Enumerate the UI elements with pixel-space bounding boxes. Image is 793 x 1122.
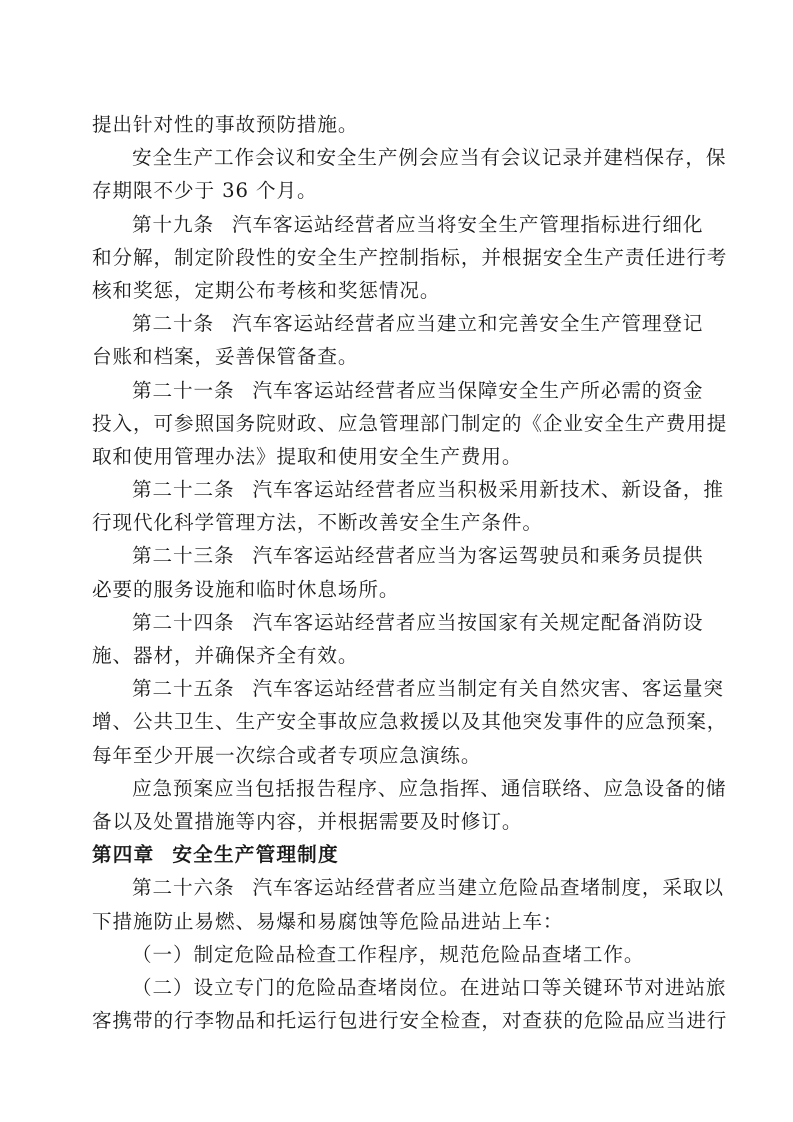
line-text: 必要的服务设施和临时休息场所。 (92, 578, 399, 601)
line-text: （二）设立专门的危险品查堵岗位。在进站口等关键环节对进站旅 (132, 976, 726, 999)
text-line: 台账和档案，妥善保管备查。 (92, 340, 702, 373)
text-line: 必要的服务设施和临时休息场所。 (92, 573, 702, 606)
line-text: 投入，可参照国务院财政、应急管理部门制定的《企业安全生产费用提 (92, 412, 727, 435)
line-text: 增、公共卫生、生产安全事故应急救援以及其他突发事件的应急预案， (92, 710, 727, 733)
line-text: 提出针对性的事故预防措施。 (92, 113, 358, 136)
chapter-title: 安全生产管理制度 (172, 843, 338, 866)
line-text: 存期限不少于 36 个月。 (92, 179, 317, 202)
document-body-continued: 第二十六条汽车客运站经营者应当建立危险品查堵制度，采取以下措施防止易燃、易爆和易… (92, 871, 702, 1037)
text-line: 安全生产工作会议和安全生产例会应当有会议记录并建档保存，保 (92, 141, 702, 174)
document-body: 提出针对性的事故预防措施。安全生产工作会议和安全生产例会应当有会议记录并建档保存… (92, 108, 702, 838)
article-number: 第二十三条 (132, 544, 234, 567)
text-line: 应急预案应当包括报告程序、应急指挥、通信联络、应急设备的储 (92, 772, 702, 805)
line-text: 汽车客运站经营者应当按国家有关规定配备消防设 (252, 611, 703, 634)
line-text: 汽车客运站经营者应当保障安全生产所必需的资金 (252, 379, 703, 402)
line-text: 汽车客运站经营者应当积极采用新技术、新设备，推 (252, 478, 723, 501)
text-line: 提出针对性的事故预防措施。 (92, 108, 702, 141)
line-text: 行现代化科学管理方法，不断改善安全生产条件。 (92, 511, 543, 534)
line-text: 汽车客运站经营者应当将安全生产管理指标进行细化 (232, 213, 703, 236)
line-text: 和分解，制定阶段性的安全生产控制指标，并根据安全生产责任进行考 (92, 246, 727, 269)
line-text: （一）制定危险品检查工作程序，规范危险品查堵工作。 (132, 943, 644, 966)
line-text: 每年至少开展一次综合或者专项应急演练。 (92, 744, 481, 767)
text-line: 备以及处置措施等内容，并根据需要及时修订。 (92, 805, 702, 838)
line-text: 汽车客运站经营者应当建立和完善安全生产管理登记 (232, 312, 703, 335)
line-text: 应急预案应当包括报告程序、应急指挥、通信联络、应急设备的储 (132, 777, 726, 800)
text-line: （二）设立专门的危险品查堵岗位。在进站口等关键环节对进站旅 (92, 971, 702, 1004)
article-line: 第十九条汽车客运站经营者应当将安全生产管理指标进行细化 (92, 208, 702, 241)
text-line: （一）制定危险品检查工作程序，规范危险品查堵工作。 (92, 938, 702, 971)
line-text: 汽车客运站经营者应当建立危险品查堵制度，采取以 (252, 876, 723, 899)
chapter-number: 第四章 (92, 843, 154, 866)
article-line: 第二十五条汽车客运站经营者应当制定有关自然灾害、客运量突 (92, 672, 702, 705)
article-line: 第二十二条汽车客运站经营者应当积极采用新技术、新设备，推 (92, 473, 702, 506)
article-number: 第二十一条 (132, 379, 234, 402)
line-text: 汽车客运站经营者应当制定有关自然灾害、客运量突 (252, 677, 723, 700)
line-text: 客携带的行李物品和托运行包进行安全检查，对查获的危险品应当进行 (92, 1009, 727, 1032)
line-text: 取和使用管理办法》提取和使用安全生产费用。 (92, 445, 522, 468)
text-line: 每年至少开展一次综合或者专项应急演练。 (92, 739, 702, 772)
text-line: 存期限不少于 36 个月。 (92, 174, 702, 207)
article-number: 第二十条 (132, 312, 214, 335)
line-text: 施、器材，并确保齐全有效。 (92, 644, 358, 667)
text-line: 和分解，制定阶段性的安全生产控制指标，并根据安全生产责任进行考 (92, 241, 702, 274)
line-text: 下措施防止易燃、易爆和易腐蚀等危险品进站上车： (92, 910, 563, 933)
line-text: 备以及处置措施等内容，并根据需要及时修订。 (92, 810, 522, 833)
article-number: 第二十五条 (132, 677, 234, 700)
article-number: 第二十二条 (132, 478, 234, 501)
article-line: 第二十四条汽车客运站经营者应当按国家有关规定配备消防设 (92, 606, 702, 639)
article-number: 第二十四条 (132, 611, 234, 634)
article-number: 第十九条 (132, 213, 214, 236)
chapter-heading: 第四章安全生产管理制度 (92, 838, 702, 871)
line-text: 汽车客运站经营者应当为客运驾驶员和乘务员提供 (252, 544, 703, 567)
document-page: 提出针对性的事故预防措施。安全生产工作会议和安全生产例会应当有会议记录并建档保存… (92, 108, 702, 1037)
line-text: 台账和档案，妥善保管备查。 (92, 345, 358, 368)
article-number: 第二十六条 (132, 876, 234, 899)
article-line: 第二十三条汽车客运站经营者应当为客运驾驶员和乘务员提供 (92, 539, 702, 572)
text-line: 增、公共卫生、生产安全事故应急救援以及其他突发事件的应急预案， (92, 705, 702, 738)
text-line: 客携带的行李物品和托运行包进行安全检查，对查获的危险品应当进行 (92, 1004, 702, 1037)
line-text: 核和奖惩，定期公布考核和奖惩情况。 (92, 279, 440, 302)
text-line: 下措施防止易燃、易爆和易腐蚀等危险品进站上车： (92, 905, 702, 938)
text-line: 取和使用管理办法》提取和使用安全生产费用。 (92, 440, 702, 473)
text-line: 投入，可参照国务院财政、应急管理部门制定的《企业安全生产费用提 (92, 407, 702, 440)
text-line: 施、器材，并确保齐全有效。 (92, 639, 702, 672)
line-text: 安全生产工作会议和安全生产例会应当有会议记录并建档保存，保 (132, 146, 726, 169)
article-line: 第二十一条汽车客运站经营者应当保障安全生产所必需的资金 (92, 374, 702, 407)
article-line: 第二十条汽车客运站经营者应当建立和完善安全生产管理登记 (92, 307, 702, 340)
text-line: 行现代化科学管理方法，不断改善安全生产条件。 (92, 506, 702, 539)
article-line: 第二十六条汽车客运站经营者应当建立危险品查堵制度，采取以 (92, 871, 702, 904)
text-line: 核和奖惩，定期公布考核和奖惩情况。 (92, 274, 702, 307)
